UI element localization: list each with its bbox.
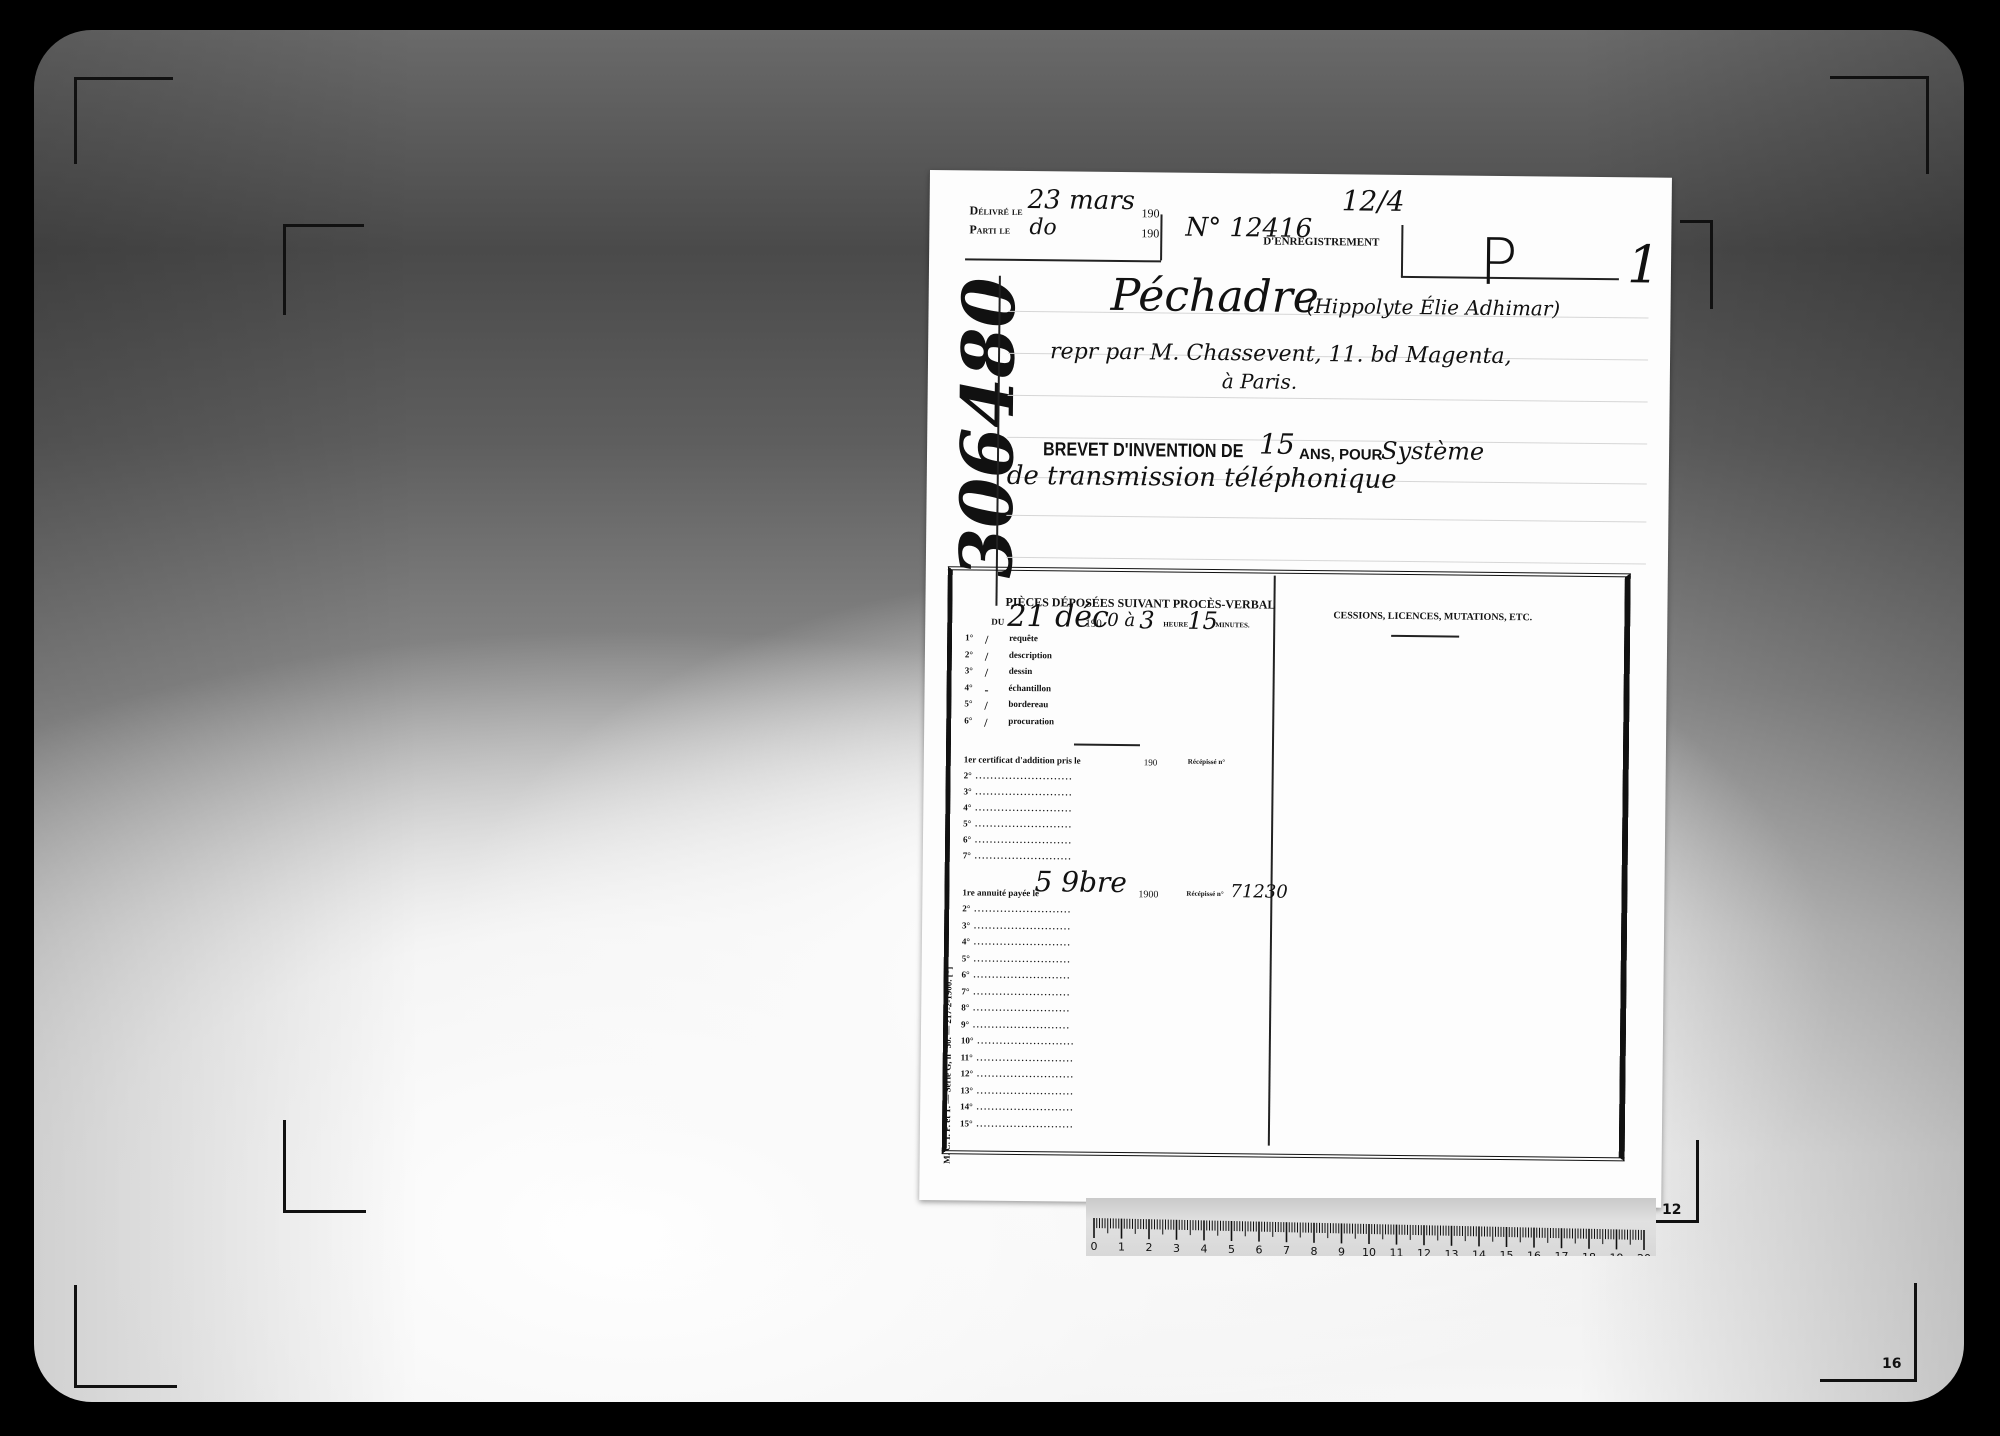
side-imprint: M. C. I. P. et T. — Série G, n° 50. — 21…: [941, 930, 954, 1200]
box-left: [1401, 225, 1404, 277]
annuity-first-label: 1re annuité payée le: [962, 887, 1039, 898]
certificate-first-label: 1er certificat d'addition pris le: [964, 754, 1081, 765]
svg-text:5: 5: [1228, 1243, 1235, 1256]
applicant-representative: repr par M. Chassevent, 11. bd Magenta,: [1050, 339, 1512, 369]
annuity-recepisse-label: Récépissé n°: [1186, 890, 1223, 898]
frame-number-inner: 12: [1662, 1202, 1681, 1218]
svg-text:17: 17: [1555, 1250, 1569, 1256]
crop-mark-bottom-right-outer: [1820, 1283, 1917, 1382]
svg-text:11: 11: [1390, 1247, 1404, 1256]
piece-label: bordereau: [1008, 699, 1048, 709]
svg-text:0: 0: [1091, 1240, 1098, 1253]
svg-text:19: 19: [1610, 1251, 1624, 1256]
crop-mark-top-right-inner: [1680, 220, 1713, 309]
frame-number-outer: 16: [1882, 1356, 1901, 1372]
applicant-city: à Paris.: [1222, 369, 1298, 394]
pieces-year: 190: [1085, 618, 1102, 630]
title-years-label: ANS, POUR: [1299, 446, 1383, 464]
pieces-a: 0 à: [1107, 610, 1135, 631]
crop-mark-top-left-outer: [74, 77, 173, 164]
top-annotation: 12/4: [1342, 184, 1405, 218]
piece-mark: /: [984, 699, 988, 714]
svg-text:12: 12: [1417, 1247, 1431, 1256]
piece-label: dessin: [1009, 666, 1033, 676]
registration-label: D'ENREGISTREMENT: [1263, 235, 1379, 248]
ledger-row: 2° ..........................: [962, 903, 1071, 914]
svg-text:4: 4: [1201, 1242, 1208, 1255]
piece-mark: /: [985, 633, 989, 648]
ledger-row: 7° ..........................: [963, 850, 1072, 861]
svg-text:7: 7: [1283, 1244, 1290, 1256]
crop-mark-top-left-inner: [283, 224, 364, 315]
ledger-row: 14° ..........................: [960, 1101, 1074, 1112]
applicant-name: Péchadre: [1110, 270, 1319, 323]
ledger-row: 3° ..........................: [963, 786, 1072, 797]
ledger-row: 2° ..........................: [964, 770, 1073, 781]
pieces-hour: 3: [1139, 606, 1155, 634]
patent-number: 306480: [943, 318, 1031, 579]
annuity-recepisse-number: 71230: [1230, 881, 1287, 903]
piece-number: 2°: [965, 649, 973, 659]
certificate-year: 190: [1144, 757, 1158, 767]
ledger-row: 15° ..........................: [960, 1118, 1074, 1129]
piece-label: description: [1009, 649, 1052, 659]
scale-ruler: 01234567891011121314151617181920: [1086, 1198, 1656, 1256]
crop-mark-bottom-left-inner: [283, 1120, 366, 1213]
ledger-row: 11° ..........................: [961, 1052, 1074, 1063]
piece-mark: /: [985, 649, 989, 664]
pieces-du-label: DU: [991, 617, 1004, 627]
svg-text:18: 18: [1582, 1251, 1596, 1256]
svg-text:15: 15: [1500, 1249, 1514, 1256]
svg-text:3: 3: [1173, 1242, 1180, 1255]
ledger-row: 5° ..........................: [962, 953, 1071, 964]
ledger-row: 8° ..........................: [961, 1002, 1070, 1013]
svg-text:6: 6: [1256, 1244, 1263, 1256]
title-duration: 15: [1259, 427, 1295, 460]
title-subject-line1: Système: [1381, 437, 1484, 466]
annuity-year: 1900: [1138, 889, 1158, 900]
piece-number: 3°: [965, 665, 973, 675]
svg-text:13: 13: [1445, 1248, 1459, 1256]
ledger-row: 6° ..........................: [962, 969, 1071, 980]
ledger-row: 6° ..........................: [963, 834, 1072, 845]
applicant-given-names: (Hippolyte Élie Adhimar): [1306, 294, 1560, 321]
crop-mark-top-right-outer: [1830, 76, 1929, 174]
delivre-value: 23 mars: [1028, 185, 1136, 216]
parti-year: 190: [1141, 226, 1159, 241]
patent-record-page: Délivré le 23 mars 190 Parti le do 190 N…: [919, 170, 1672, 1208]
title-prefix: BREVET D'INVENTION DE: [1043, 439, 1244, 463]
header-box-right: [1160, 214, 1162, 260]
ruler-ticks: 01234567891011121314151617181920: [1086, 1198, 1656, 1256]
title-subject-line2: de transmission téléphonique: [1007, 461, 1397, 495]
svg-text:16: 16: [1527, 1250, 1541, 1256]
ledger-row: 12° ..........................: [960, 1068, 1074, 1079]
piece-number: 6°: [964, 715, 972, 725]
piece-number: 5°: [964, 698, 972, 708]
ledger-row: 3° ..........................: [962, 920, 1071, 931]
svg-text:20: 20: [1637, 1252, 1651, 1256]
piece-mark: /: [984, 715, 988, 730]
corner-mark: 1: [1627, 235, 1661, 295]
parti-value: do: [1029, 215, 1057, 240]
ledger-row: 4° ..........................: [963, 802, 1072, 813]
ledger-row: 13° ..........................: [960, 1085, 1074, 1096]
svg-text:10: 10: [1362, 1246, 1376, 1256]
crop-mark-bottom-left-outer: [74, 1285, 177, 1388]
box-mark: P: [1479, 226, 1518, 300]
pieces-minutes-label: MINUTES.: [1215, 621, 1250, 629]
piece-mark: -: [984, 682, 988, 697]
svg-text:1: 1: [1118, 1241, 1125, 1254]
svg-text:14: 14: [1472, 1248, 1486, 1256]
cessions-heading: CESSIONS, LICENCES, MUTATIONS, ETC.: [1333, 610, 1532, 623]
piece-label: requête: [1009, 633, 1038, 643]
ledger-row: 5° ..........................: [963, 818, 1072, 829]
ledger-row: 4° ..........................: [962, 936, 1071, 947]
delivre-year: 190: [1141, 206, 1159, 221]
annuity-date: 5 9bre: [1034, 865, 1127, 899]
delivre-label: Délivré le: [969, 203, 1022, 219]
piece-number: 4°: [965, 682, 973, 692]
ledger-row: 7° ..........................: [961, 986, 1070, 997]
pieces-hour-label: HEURE: [1163, 620, 1188, 628]
piece-number: 1°: [965, 632, 973, 642]
piece-label: procuration: [1008, 715, 1054, 725]
piece-label: échantillon: [1009, 682, 1052, 692]
ledger-row: 10° ..........................: [961, 1035, 1075, 1046]
svg-text:9: 9: [1338, 1245, 1345, 1256]
certificate-recepisse-label: Récépissé n°: [1188, 758, 1225, 766]
header-box-bottom: [965, 258, 1161, 262]
ledger-row: 9° ..........................: [961, 1019, 1070, 1030]
pieces-minutes: 15: [1187, 607, 1218, 635]
svg-text:2: 2: [1146, 1241, 1153, 1254]
svg-text:8: 8: [1311, 1245, 1318, 1256]
piece-mark: /: [985, 666, 989, 681]
parti-label: Parti le: [969, 222, 1010, 237]
